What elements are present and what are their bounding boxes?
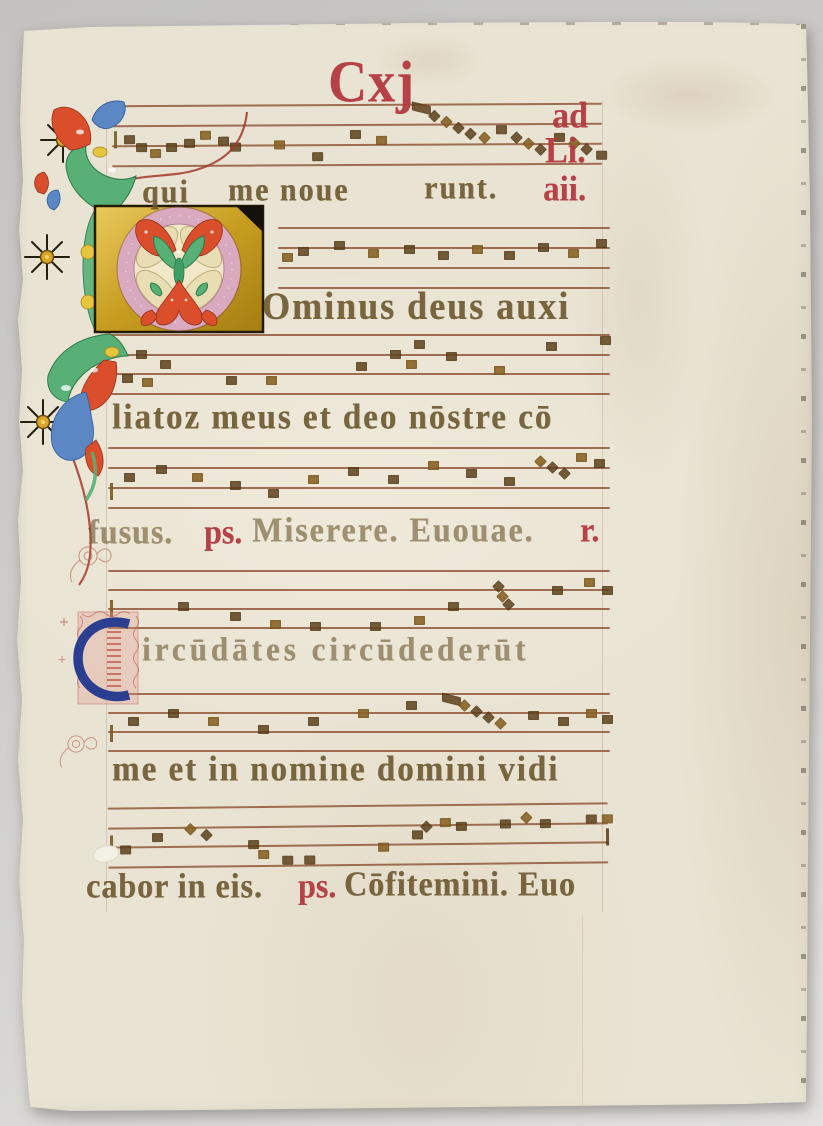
chant-line-1a: qui [142,176,190,209]
manuscript-leaf: CxjadLi.aii.quime nouerunt.Ominus deus a… [0,0,823,1126]
initial-D [95,206,263,332]
chant-line-1b: me noue [228,174,350,207]
chant-line-4b: ps. [204,514,242,549]
damage-chip [92,843,121,864]
pen-flourish-2 [60,736,97,768]
chant-line-3: liatoz meus et deo nōstre cō [112,400,553,436]
chant-line-4c: Miserere. Euouae. [252,512,535,547]
rubric-antiphon: aii. [543,172,586,208]
leaf-top-edge [60,22,800,25]
chant-line-7a: cabor in eis. [86,868,263,903]
decoration-layer [0,0,823,1126]
chant-line-2: Ominus deus auxi [262,286,570,326]
initial-C [59,612,139,705]
leaf-right-edge [801,24,806,1102]
chant-line-4a: fusus. [88,514,173,549]
rubric-li: Li. [545,133,586,170]
photograph-background: CxjadLi.aii.quime nouerunt.Ominus deus a… [0,0,823,1126]
chant-line-7c: Cōfitemini. Euo [344,866,576,901]
gold-star-2 [25,235,69,279]
chant-line-1c: runt. [424,172,498,205]
rubric-ad: ad [552,98,588,135]
chant-line-5: ircūdātes circūdederūt [142,632,529,666]
chant-line-6: me et in nomine domini vidi [112,752,559,788]
leaf-shadow-wrapper: CxjadLi.aii.quime nouerunt.Ominus deus a… [0,0,823,1126]
chant-line-7b: ps. [298,868,336,903]
folio-number: Cxj [328,52,415,111]
chant-line-4d: r. [580,512,599,547]
